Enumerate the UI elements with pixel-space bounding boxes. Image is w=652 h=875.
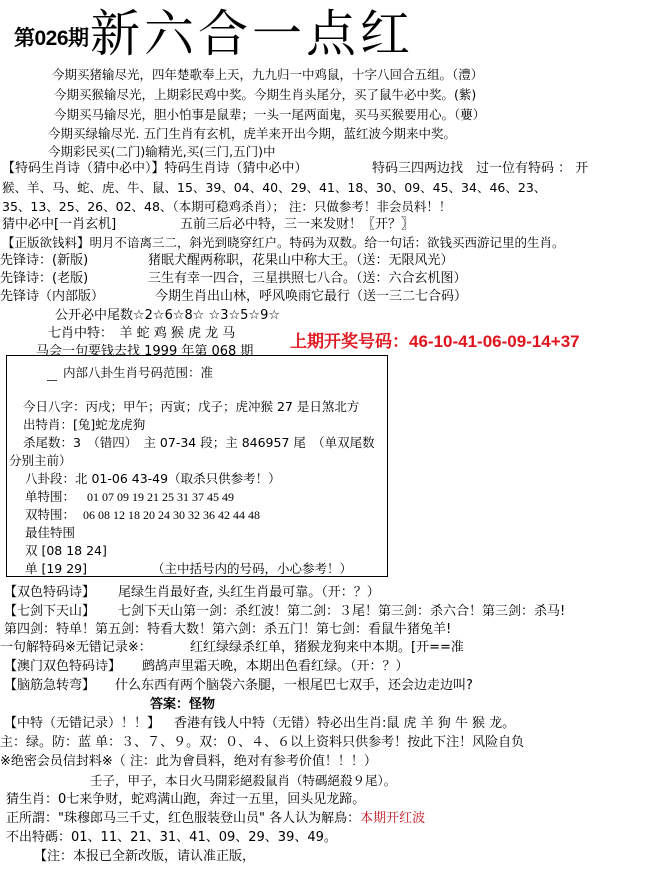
- seven-swords-line2: 第四剑：特单！第五剑：特看大数！第六剑：杀五门！第七剑：看鼠牛猪兔羊!: [4, 621, 451, 639]
- tail-numbers: 公开必中尾数☆2☆6☆8☆ ☆3☆5☆9☆: [55, 307, 280, 325]
- footer-note: 【注：本报已全新改版，请认准正版，: [34, 848, 255, 866]
- pioneer-old-text: 三生有幸一四合，三星拱照七八合。（送：六合玄机图）: [148, 270, 467, 288]
- zhengban-text: 【正版欲钱料】明月不谙离三二，斜光到晓穿红户。特码为双数。给一句话：欲钱买西游记…: [2, 234, 565, 252]
- macau-poem-text: 鹧鸪声里霜天晚，本期出色看红绿。（开：？）: [142, 658, 409, 676]
- renzi-text: 壬子，甲子，本日火马開彩絕殺鼠肖（特碼絕殺９尾）。: [90, 772, 396, 790]
- box-kill-tail-2: 分别主前）: [9, 452, 72, 470]
- seven-swords-label: 【七剑下天山】: [4, 603, 95, 621]
- one-sentence-label: 一句解特码※无错记录※：: [0, 639, 152, 657]
- issue-number: 第026期: [14, 30, 89, 48]
- dual-color-label: 【双色特码诗】: [4, 584, 95, 602]
- pioneer-new-text: 猪眠犬醒两称职，花果山中称大王。（送：无限风光）: [148, 252, 454, 270]
- box-out-zodiac: 出特肖：[兔]蛇龙虎狗: [23, 416, 145, 434]
- poem-line-4: 今期买绿输尽光. 五门生肖有玄机，虎羊来开出今期，蓝红波今期来中奖。: [48, 125, 456, 143]
- tema-poem-label: 【特码生肖诗（猜中必中）】特码生肖诗（猜中必中）: [2, 160, 308, 178]
- zhongte-label: 【中特（无错记录）！！】: [4, 715, 160, 733]
- pioneer-new-label: 先锋诗：(新版): [0, 252, 88, 270]
- seven-zodiac: 七肖中特： 羊 蛇 鸡 猴 虎 龙 马: [48, 325, 235, 343]
- dual-color-text: 尾绿生肖最好查, 头红生肖最可靠。（开：？）: [118, 584, 380, 602]
- riddle-text: 什么东西有两个脑袋六条腿，一根尾巴七双手，还会边走边叫?: [115, 677, 473, 695]
- pioneer-old-label: 先锋诗：(老版): [0, 270, 88, 288]
- zhengsuowei-red: 本期开红波: [360, 811, 425, 826]
- seven-swords-text: 七剑下天山第一剑：杀红波！第二剑：３尾！第三剑：杀六合！第三剑：杀马!: [118, 603, 565, 621]
- box-bazi: 今日八字：丙戌；甲午；丙寅；戊子；虎冲猴 27 是日煞北方: [23, 398, 359, 416]
- tema-poem-hint: 特码三四两边找 过一位有特码 ： 开: [372, 160, 588, 178]
- box-bagua: 八卦段：北 01-06 43-49（取杀只供参考！）: [25, 470, 281, 488]
- macau-poem-label: 【澳门双色特码诗】: [4, 658, 121, 676]
- box-title: 内部八卦生肖号码范围：准: [63, 364, 213, 382]
- box-odd-range: 单特围： 01 07 09 19 21 25 31 37 45 49: [25, 488, 234, 506]
- odd-numbers: 01 07 09 19 21 25 31 37 45 49: [87, 490, 234, 504]
- zhengsuowei-text: 正所謂："珠穆郎马三千丈，红色服装登山员" 各人认为解鳥：: [6, 811, 360, 826]
- box-note: （主中括号内的号码，小心参考！）: [152, 560, 352, 578]
- poem-line-1: 今期买猪输尽光，四年楚歌奉上天，九九归一中鸡鼠，十字八回合五组。（澧）: [52, 66, 483, 84]
- box-best-even: 双 [08 18 24]: [25, 542, 107, 560]
- riddle-label: 【脑筋急转弯】: [4, 677, 95, 695]
- riddle-answer: 答案：怪物: [150, 696, 215, 714]
- guess-zodiac-text: 猜生肖：0七来争财，蛇鸡满山跑，奔过一五里，回头见龙蹄。: [6, 791, 365, 809]
- pioneer-internal-label: 先锋诗（内部版）: [0, 288, 104, 306]
- zhengsuowei-line: 正所謂："珠穆郎马三千丈，红色服装登山员" 各人认为解鳥：本期开红波: [6, 810, 425, 828]
- main-color-text: 主：绿。防：蓝 单：３、７、９。双：０、４、６以上资料只供参考！按此下注！风险自…: [0, 734, 524, 752]
- even-numbers: 06 08 12 18 20 24 30 32 36 42 44 48: [83, 508, 260, 522]
- pioneer-internal-text: 今期生肖出山林，呼风唤雨它最行（送一三二七合码）: [155, 288, 467, 306]
- zhongte-text: 香港有钱人中特（无错）特必出生肖:鼠 虎 羊 狗 牛 猴 龙。: [174, 715, 515, 733]
- secret-member-text: ※绝密会员信封料※（ 注：此为會員料，绝对有参考价值！！！）: [0, 753, 377, 771]
- box-best-label: 最佳特围: [25, 524, 75, 542]
- even-label: 双特围：: [25, 507, 75, 522]
- guess-text: 五前三后必中特，三一来发财！〖开？〗: [180, 216, 414, 234]
- not-out-numbers: 不出特碼：01、11、21、31、41、09、29、39、49。: [6, 829, 337, 847]
- tema-poem-line2: 猴、羊、马、蛇、虎、牛、鼠、15、39、04、40、29、41、18、30、09…: [2, 179, 546, 197]
- poem-line-5: 今期彩民买(二门)输精光,买(三门,五门)中: [48, 143, 275, 161]
- last-draw-numbers: 46-10-41-06-09-14+37: [409, 332, 580, 351]
- one-sentence-text: 红红绿绿杀红单，猪猴龙狗来中本期。[开==准: [190, 639, 464, 657]
- page-title: 新六合一点红: [90, 6, 414, 62]
- odd-label: 单特围：: [25, 489, 75, 504]
- poem-line-3: 今期买马输尽光，胆小怕事是鼠辈；一头一尾两面鬼，买马买猴要用心。（蘡）: [54, 106, 485, 124]
- decorative-dash: [47, 380, 57, 381]
- last-draw: 上期开奖号码：46-10-41-06-09-14+37: [290, 331, 580, 353]
- poem-line-2: 今期买猴输尽光，上期彩民鸡中奖。今期生肖头尾分，买了鼠牛必中奖。(紫): [54, 86, 476, 104]
- box-kill-tail: 杀尾数：3 （错四） 主 07-34 段；主 846957 尾 （单双尾数: [23, 434, 375, 452]
- bagua-box: 内部八卦生肖号码范围：准 今日八字：丙戌；甲午；丙寅；戊子；虎冲猴 27 是日煞…: [6, 355, 388, 577]
- box-even-range: 双特围： 06 08 12 18 20 24 30 32 36 42 44 48: [25, 506, 260, 524]
- box-best-odd: 单 [19 29]: [25, 560, 87, 578]
- tema-poem-line3: 35、13、25、26、02、48、（本期可稳鸡杀肖）； 注：只做参考！非会员料…: [2, 198, 451, 216]
- guess-label: 猜中必中[一肖玄机]: [2, 216, 116, 234]
- last-draw-label: 上期开奖号码：: [290, 332, 409, 351]
